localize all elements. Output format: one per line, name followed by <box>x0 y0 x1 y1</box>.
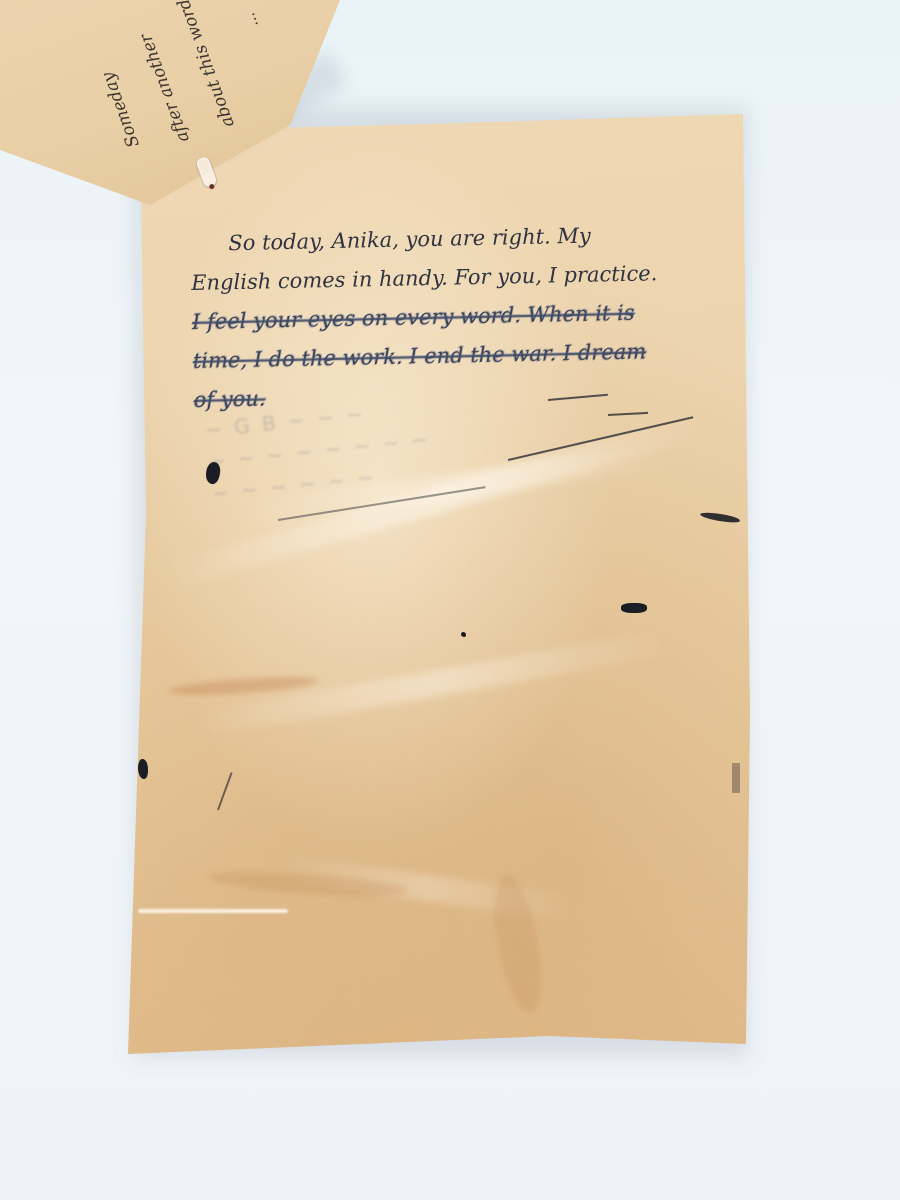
ink-blot <box>461 632 466 637</box>
fragment-line: Someday <box>98 69 144 150</box>
ink-blot <box>700 511 741 523</box>
ink-streak <box>217 772 233 810</box>
ink-blot <box>138 759 148 779</box>
ink-blot <box>621 603 647 613</box>
fragment-line: ... <box>240 10 262 30</box>
fragment-line: after another <box>136 31 194 145</box>
ink-streak <box>732 763 740 793</box>
handwritten-letter: So today, Anika, you are right. My Engli… <box>190 214 704 420</box>
paper-tear <box>138 909 288 913</box>
